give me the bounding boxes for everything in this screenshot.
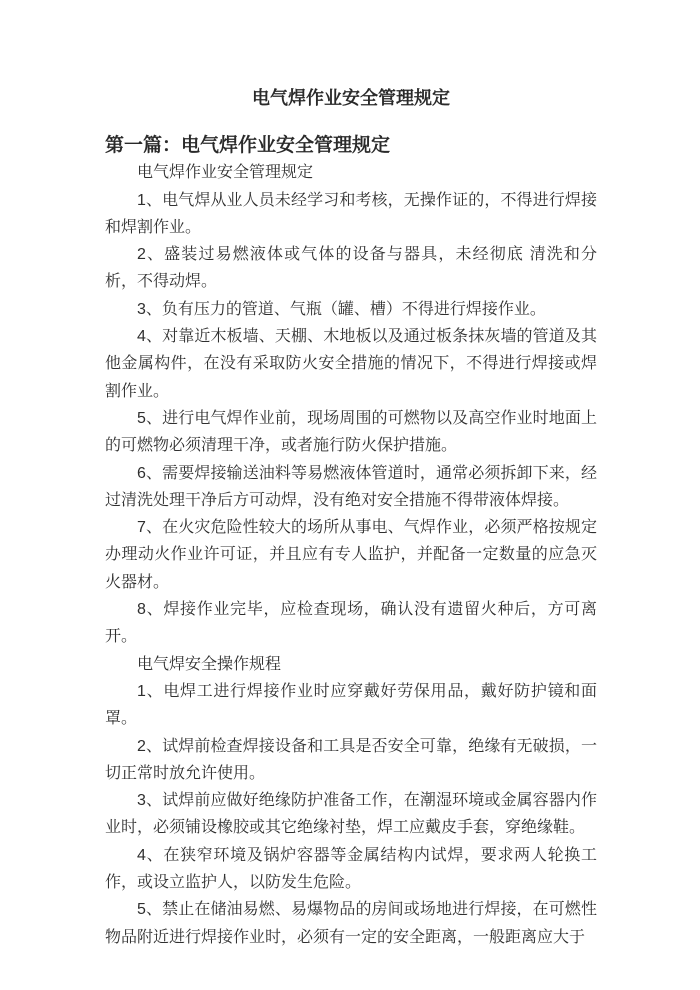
document-body: 第一篇：电气焊作业安全管理规定 电气焊作业安全管理规定 1、电气焊从业人员未经学…: [105, 132, 597, 951]
procedure-item-3: 3、试焊前应做好绝缘防护准备工作，在潮湿环境或金属容器内作业时，必须铺设橡胶或其…: [105, 787, 597, 842]
procedure-item-2: 2、试焊前检查焊接设备和工具是否安全可靠，绝缘有无破损，一切正常时放允许使用。: [105, 733, 597, 788]
rule-item-6: 6、需要焊接输送油料等易燃液体管道时，通常必须拆卸下来，经过清洗处理干净后方可动…: [105, 460, 597, 515]
section-heading: 第一篇：电气焊作业安全管理规定: [105, 132, 597, 159]
rule-item-7: 7、在火灾危险性较大的场所从事电、气焊作业，必须严格按规定办理动火作业许可证，并…: [105, 514, 597, 596]
rule-item-3: 3、负有压力的管道、气瓶（罐、槽）不得进行焊接作业。: [105, 296, 597, 323]
procedure-item-5: 5、禁止在储油易燃、易爆物品的房间或场地进行焊接，在可燃性物品附近进行焊接作业时…: [105, 896, 597, 951]
procedures-heading: 电气焊安全操作规程: [105, 651, 597, 678]
rule-item-1: 1、电气焊从业人员未经学习和考核，无操作证的，不得进行焊接和焊割作业。: [105, 187, 597, 242]
document-title: 电气焊作业安全管理规定: [105, 85, 597, 112]
rule-item-4: 4、对靠近木板墙、天棚、木地板以及通过板条抹灰墙的管道及其他金属构件，在没有采取…: [105, 323, 597, 405]
procedure-item-1: 1、电焊工进行焊接作业时应穿戴好劳保用品，戴好防护镜和面罩。: [105, 678, 597, 733]
rule-item-8: 8、焊接作业完毕，应检查现场，确认没有遗留火种后，方可离开。: [105, 596, 597, 651]
document-page: 电气焊作业安全管理规定 第一篇：电气焊作业安全管理规定 电气焊作业安全管理规定 …: [0, 0, 700, 990]
rule-item-2: 2、盛装过易燃液体或气体的设备与器具，未经彻底 清洗和分析，不得动焊。: [105, 241, 597, 296]
procedure-item-4: 4、在狭窄环境及锅炉容器等金属结构内试焊，要求两人轮换工作，或设立监护人，以防发…: [105, 842, 597, 897]
rule-item-5: 5、进行电气焊作业前，现场周围的可燃物以及高空作业时地面上的可燃物必须清理干净，…: [105, 405, 597, 460]
intro-heading: 电气焊作业安全管理规定: [105, 159, 597, 186]
